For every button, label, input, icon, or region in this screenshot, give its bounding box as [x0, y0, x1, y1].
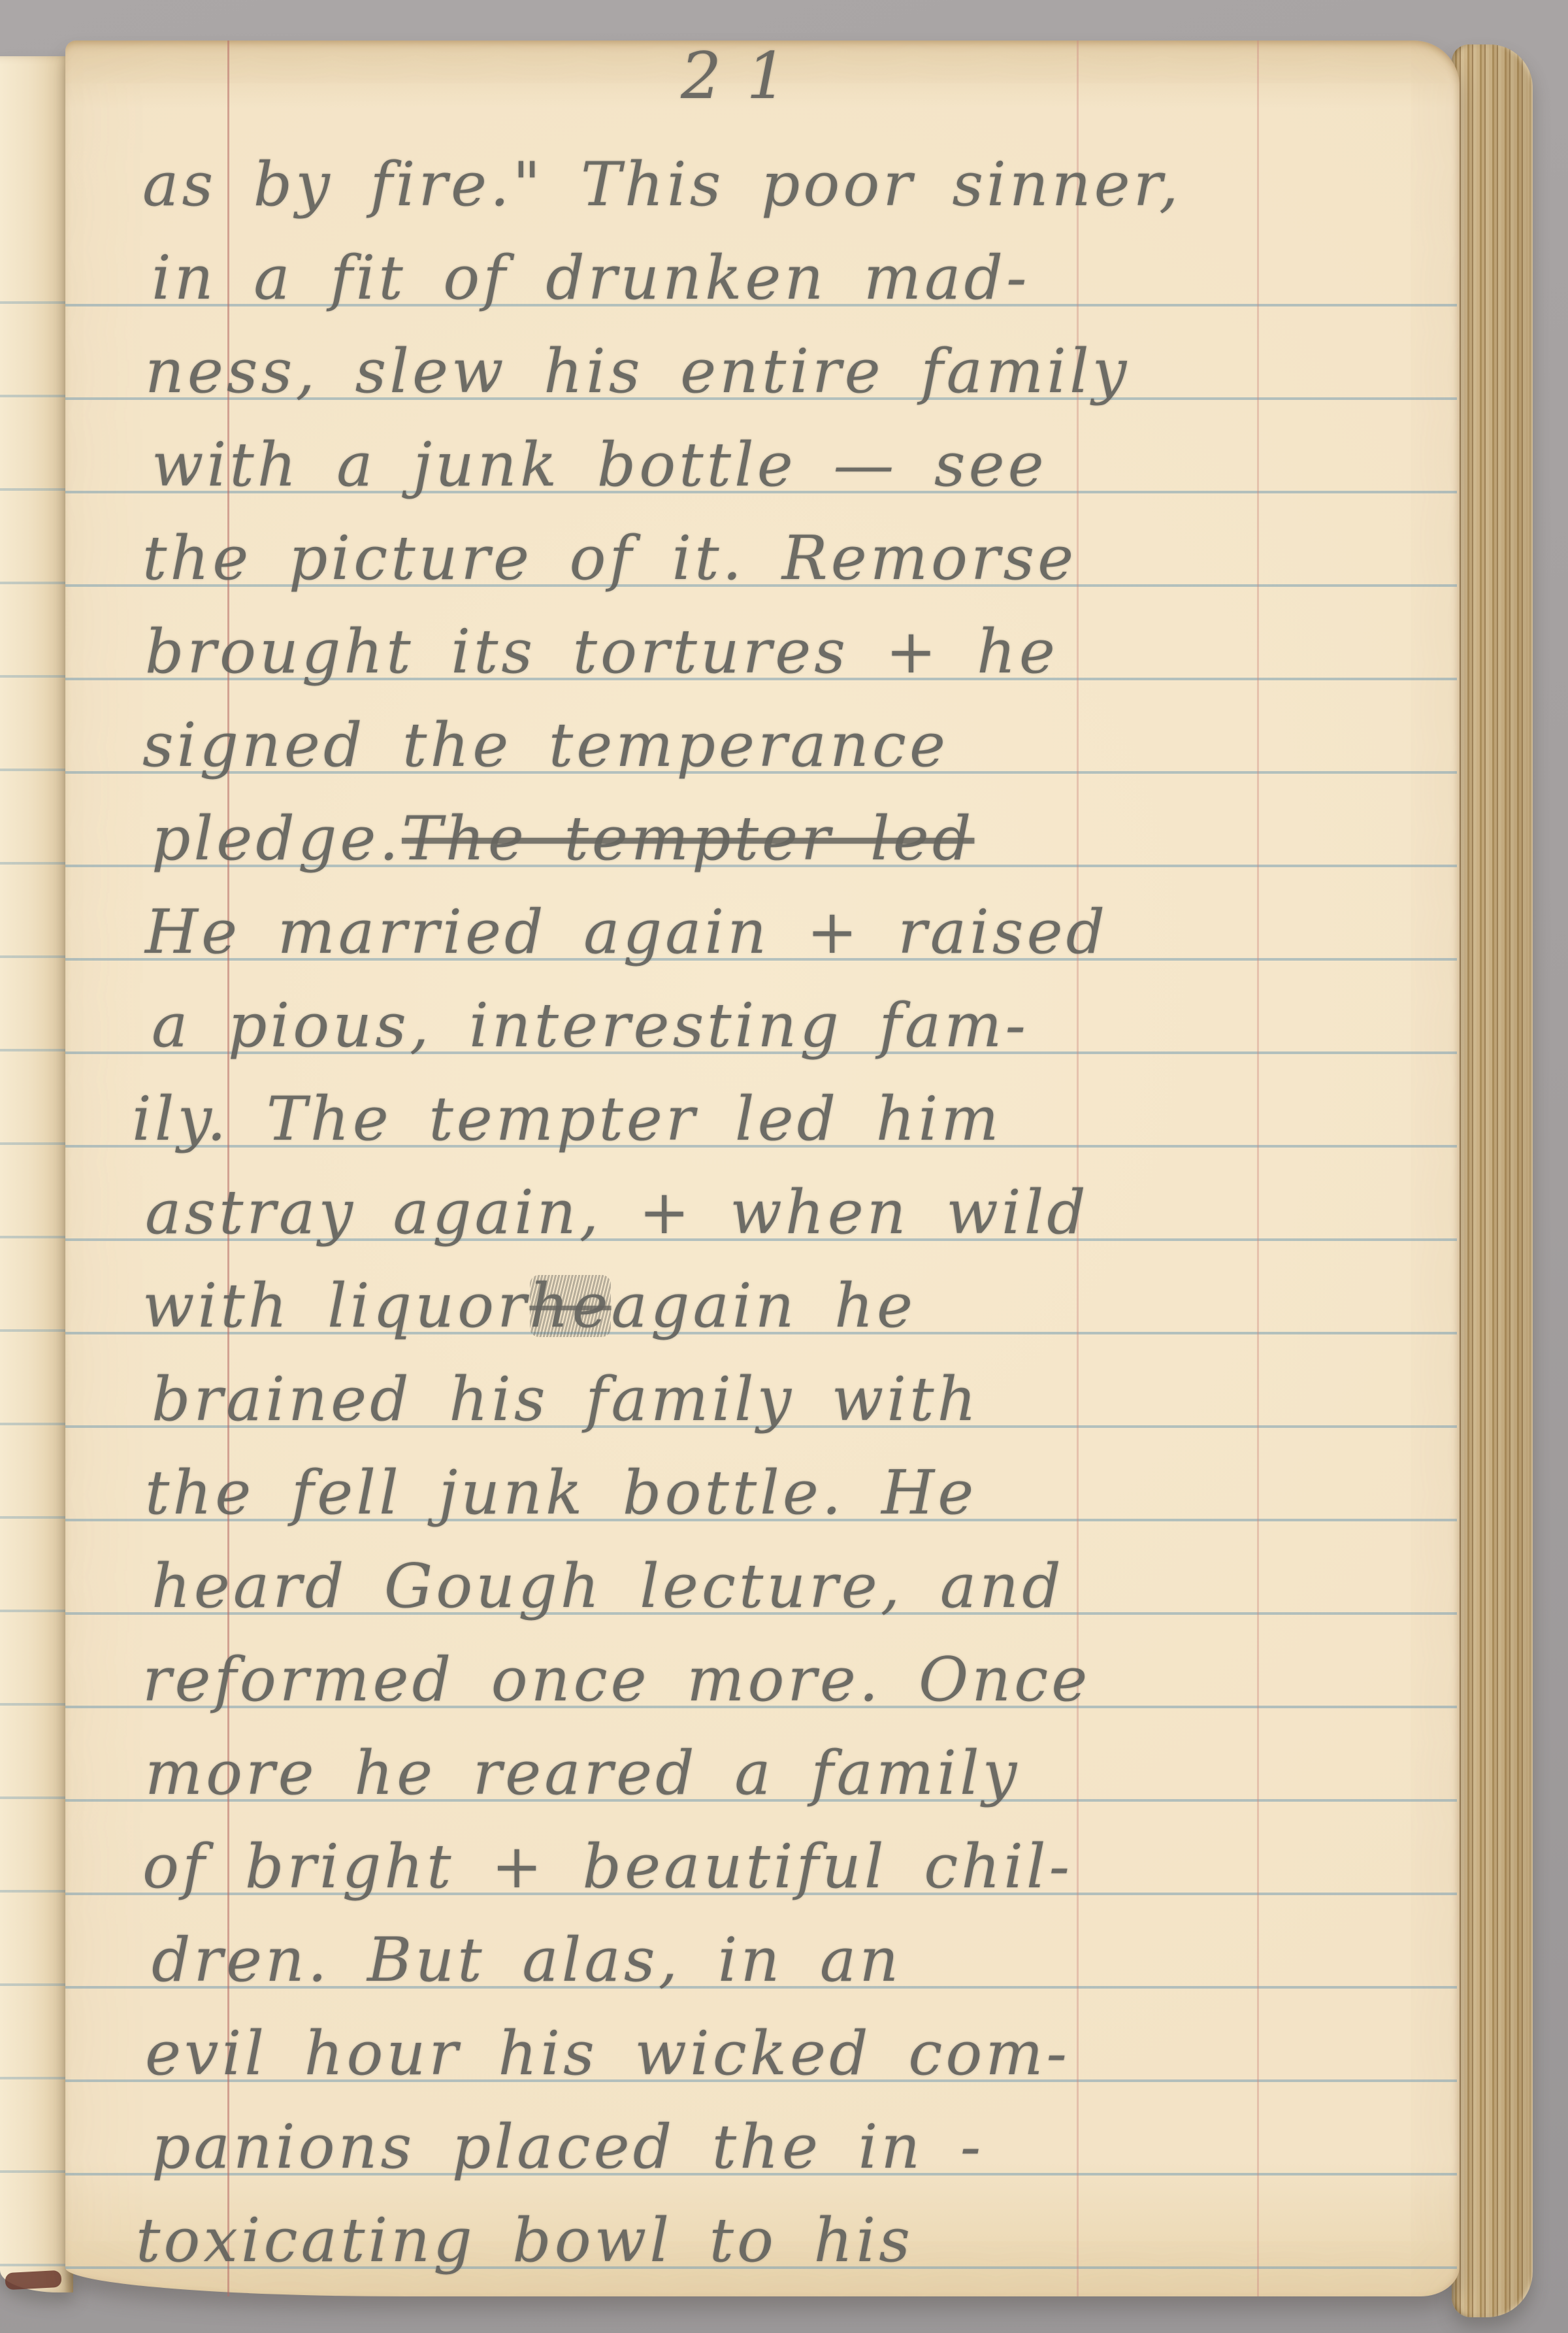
- handwritten-line: with a junk bottle — see: [152, 403, 1433, 496]
- previous-page-edge: [0, 56, 73, 2292]
- scribbled-text: he: [530, 1275, 612, 1337]
- photo-backdrop: 21 as by fire." This poor sinner,in a fi…: [0, 0, 1568, 2333]
- text-segment: ily. The tempter led him: [132, 1088, 1002, 1150]
- handwritten-line: ness, slew his entire family: [145, 309, 1433, 403]
- notebook-page: 21 as by fire." This poor sinner,in a fi…: [65, 41, 1460, 2296]
- handwritten-line: evil hour his wicked com-: [145, 1991, 1433, 2085]
- text-segment: as by fire." This poor sinner,: [142, 154, 1182, 216]
- handwritten-line: of bright + beautiful chil-: [142, 1804, 1433, 1898]
- page-edge-stack: [1452, 44, 1533, 2317]
- handwritten-line: ily. The tempter led him: [132, 1057, 1433, 1150]
- handwritten-line: as by fire." This poor sinner,: [142, 122, 1433, 216]
- handwritten-line: reformed once more. Once: [142, 1617, 1433, 1711]
- text-segment: heard Gough lecture, and: [152, 1555, 1064, 1617]
- text-segment: reformed once more. Once: [142, 1649, 1090, 1711]
- ruled-lines-left: [0, 210, 67, 2266]
- text-segment: He married again + raised: [145, 901, 1108, 963]
- handwritten-line: heard Gough lecture, and: [152, 1524, 1433, 1617]
- handwritten-line: the picture of it. Remorse: [142, 496, 1433, 589]
- handwritten-line: dren. But alas, in an: [152, 1898, 1433, 1991]
- text-segment: the fell junk bottle. He: [145, 1462, 977, 1524]
- text-segment: brought its tortures + he: [145, 621, 1058, 683]
- text-segment: astray again, + when wild: [145, 1182, 1089, 1244]
- handwritten-line: brained his family with: [152, 1337, 1433, 1431]
- text-segment: with a junk bottle — see: [152, 434, 1047, 496]
- text-segment: brained his family with: [152, 1368, 979, 1431]
- handwritten-line: toxicating bowl to his: [136, 2178, 1433, 2272]
- text-segment: more he reared a family: [145, 1742, 1020, 1804]
- text-segment: again he: [611, 1275, 916, 1337]
- handwritten-line: signed the temperance: [142, 683, 1433, 776]
- text-segment: of bright + beautiful chil-: [142, 1836, 1073, 1898]
- text-segment: evil hour his wicked com-: [145, 2023, 1070, 2085]
- handwritten-text: as by fire." This poor sinner,in a fit o…: [142, 122, 1433, 2272]
- handwritten-line: pledge. The tempter led: [152, 776, 1433, 870]
- text-segment: ness, slew his entire family: [145, 340, 1130, 403]
- handwritten-line: with liquor he again he: [142, 1244, 1433, 1337]
- handwritten-line: astray again, + when wild: [145, 1150, 1433, 1244]
- handwritten-line: He married again + raised: [145, 870, 1433, 963]
- text-segment: toxicating bowl to his: [136, 2209, 913, 2272]
- handwritten-line: in a fit of drunken mad-: [152, 216, 1433, 309]
- handwritten-line: more he reared a family: [145, 1711, 1433, 1804]
- text-segment: dren. But alas, in an: [152, 1929, 902, 1991]
- text-segment: in a fit of drunken mad-: [152, 247, 1030, 309]
- handwritten-line: panions placed the in -: [152, 2085, 1433, 2178]
- page-number: 21: [681, 44, 812, 108]
- handwritten-line: a pious, interesting fam-: [152, 963, 1433, 1057]
- handwritten-line: brought its tortures + he: [145, 589, 1433, 683]
- text-segment: the picture of it. Remorse: [142, 527, 1077, 589]
- text-segment: with liquor: [142, 1275, 530, 1337]
- text-segment: a pious, interesting fam-: [152, 995, 1029, 1057]
- text-segment: signed the temperance: [142, 714, 949, 776]
- struck-text: The tempter led: [402, 808, 974, 870]
- text-segment: pledge.: [152, 808, 402, 870]
- handwritten-line: the fell junk bottle. He: [145, 1431, 1433, 1524]
- book-cover-sliver: [5, 2270, 61, 2290]
- text-segment: panions placed the in -: [152, 2116, 984, 2178]
